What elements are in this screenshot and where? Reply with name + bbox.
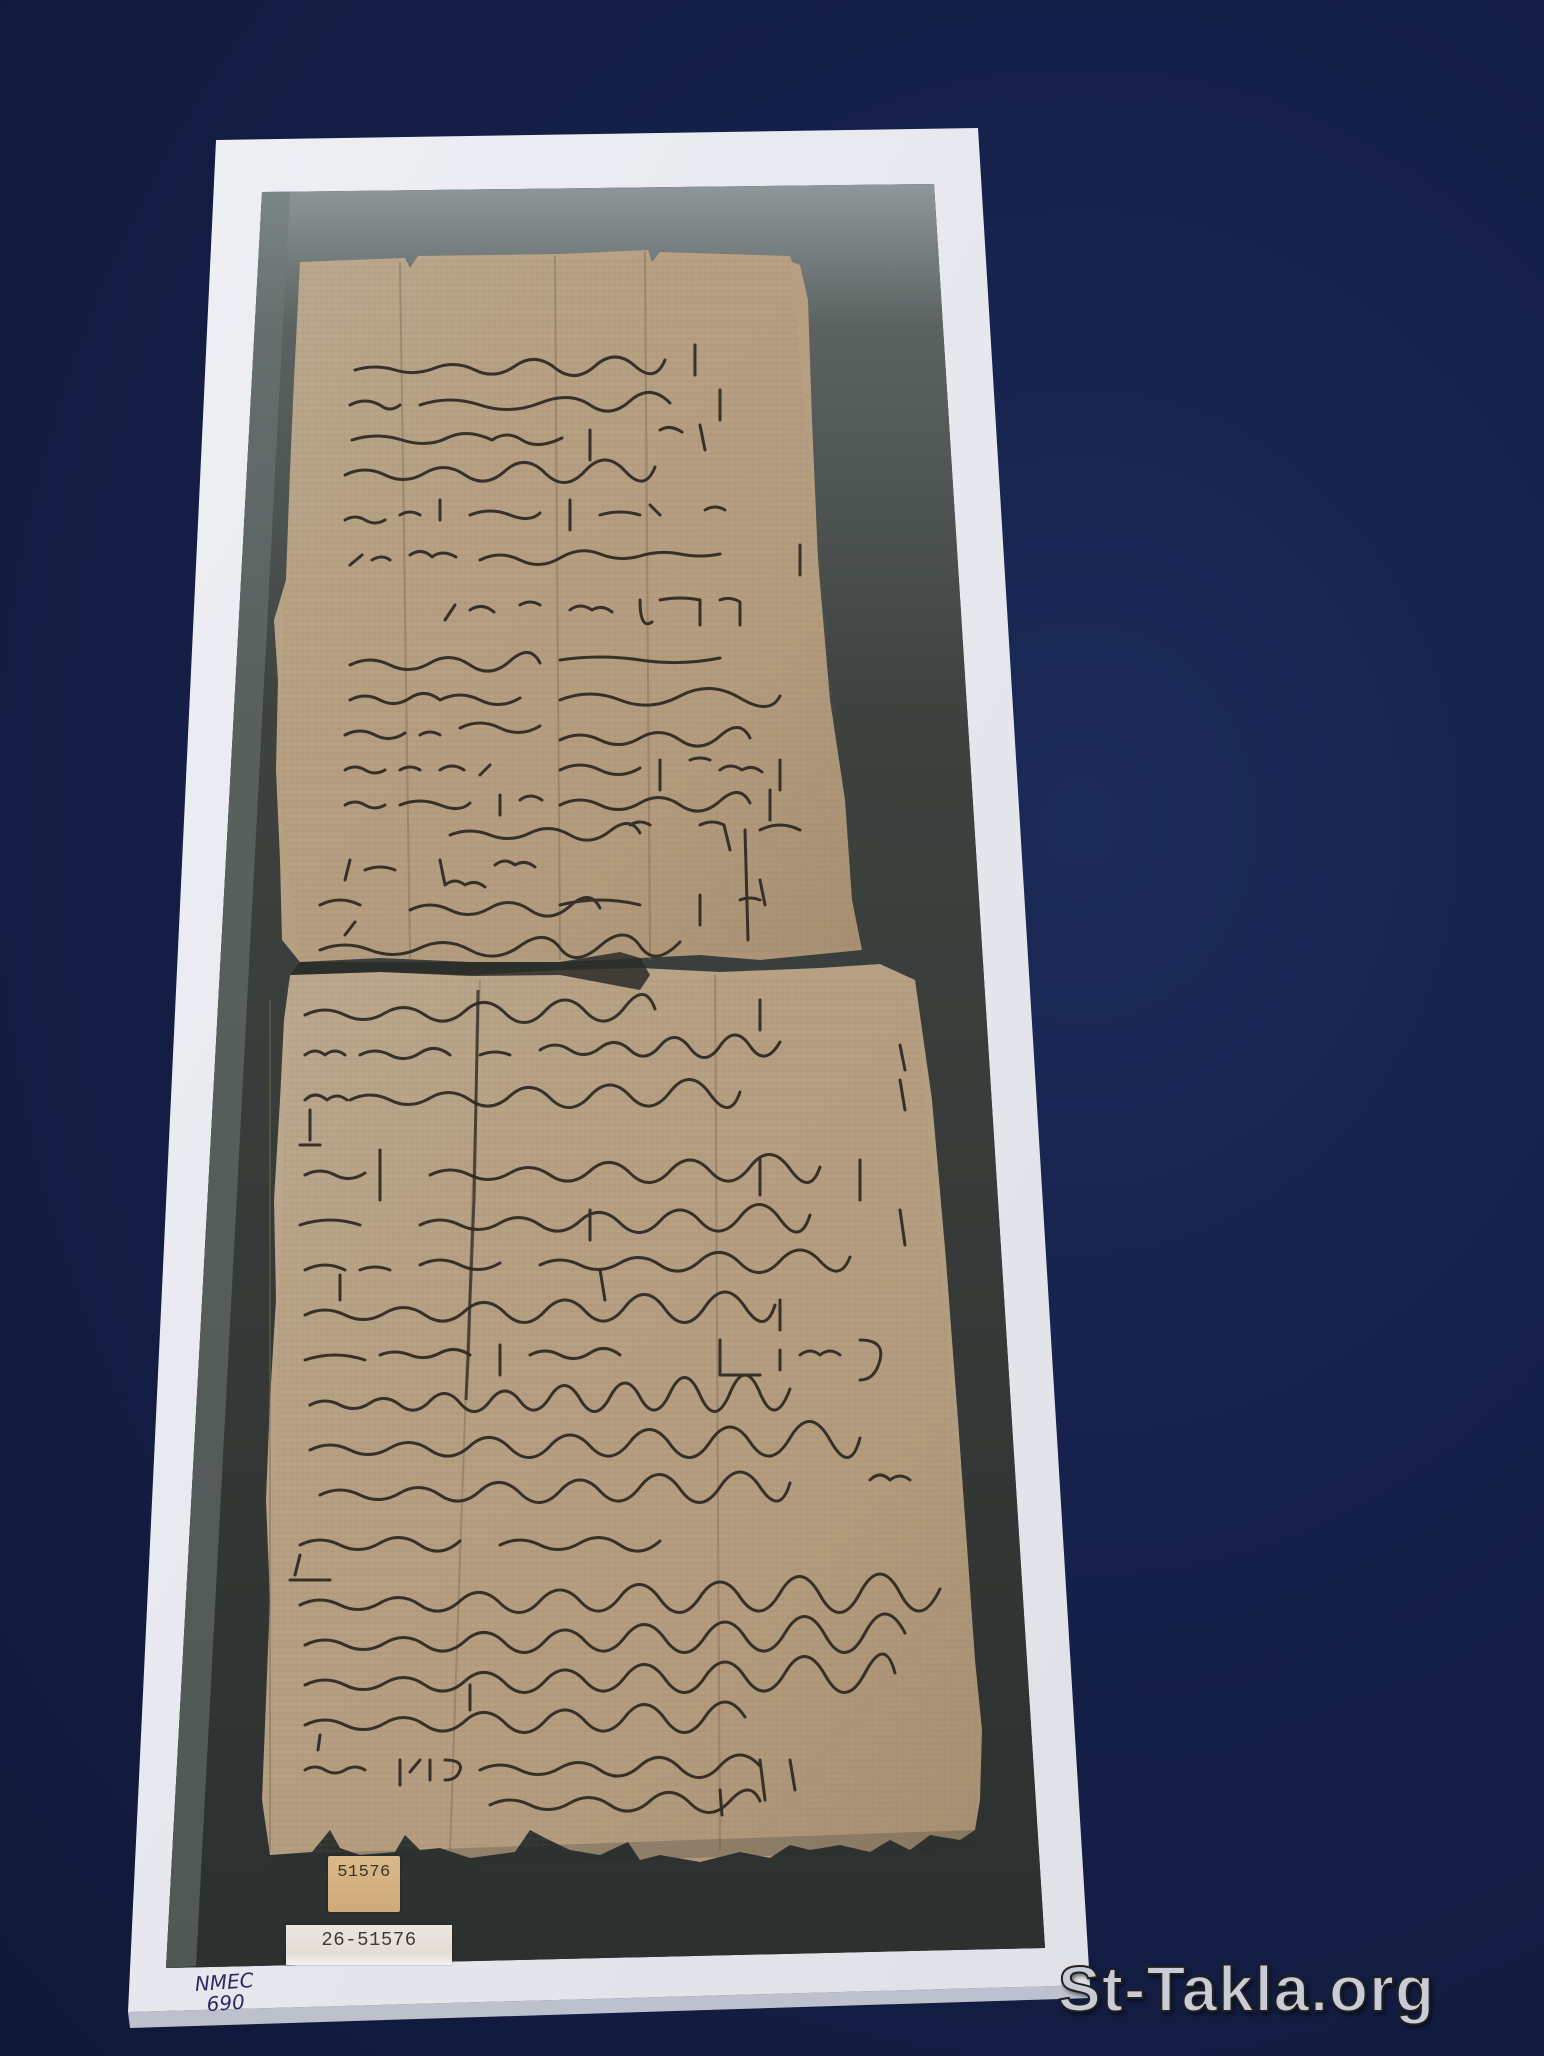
catalog-number-label: 51576 ​ bbox=[328, 1856, 400, 1912]
handwritten-mat-note: NMEC 690 bbox=[179, 1969, 272, 2017]
photo-scene: 51576 ​ 26-51576 NMEC 690 St-Takla.org bbox=[0, 0, 1544, 2056]
faded-old-number: ​ bbox=[328, 1884, 400, 1901]
inventory-number: 26-51576 bbox=[321, 1929, 416, 1951]
inventory-number-label: 26-51576 bbox=[286, 1925, 452, 1965]
display-mat-frame bbox=[0, 0, 1544, 2056]
site-watermark: St-Takla.org bbox=[1058, 1952, 1435, 2026]
catalog-number: 51576 bbox=[328, 1863, 400, 1882]
